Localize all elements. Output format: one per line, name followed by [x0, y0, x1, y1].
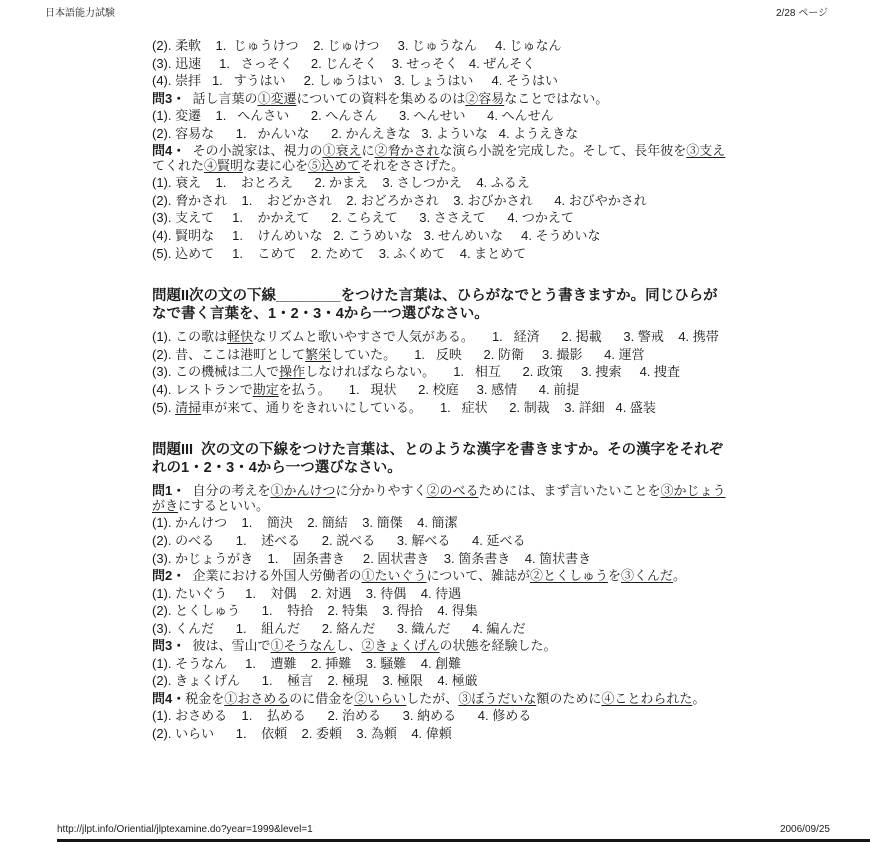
- answer-options-line: (2). きょくげん 1. 極言 2. 極現 3. 極限 4. 極厳: [152, 674, 726, 689]
- underlined-term: ②容易: [465, 91, 504, 106]
- text-segment: 税金を: [185, 691, 224, 706]
- answer-options-line: (4). レストランで勘定を払う。 1. 現状 2. 校庭 3. 感情 4. 前…: [152, 383, 726, 398]
- underlined-term: ①そうなん: [270, 638, 335, 653]
- text-segment: (2). とくしゅう 1. 特拾 2. 特集 3. 得拾 4. 得集: [152, 603, 478, 618]
- document-title: 日本語能力試験: [45, 4, 115, 19]
- question-number-label: 問3・: [152, 638, 185, 653]
- text-segment: したが、: [406, 691, 458, 706]
- answer-options-line: (4). 崇拝 1. すうはい 2. しゅうはい 3. しょうはい 4. そうは…: [152, 74, 726, 89]
- question-number-label: 問2・: [152, 568, 185, 583]
- underlined-term: 操作: [279, 364, 305, 379]
- page-indicator: 2/28 ページ: [776, 4, 828, 19]
- underlined-term: ②のべる: [427, 483, 479, 498]
- text-segment: (3). かじょうがき 1. 固条書き 2. 固状書き 3. 箇条書き 4. 箇…: [152, 551, 591, 566]
- text-segment: (1). この歌は: [152, 329, 227, 344]
- answer-options-line: (2). 容易な 1. かんいな 2. かんえきな 3. よういな 4. ようえ…: [152, 127, 726, 142]
- page-header: 日本語能力試験 2/28 ページ: [45, 4, 828, 19]
- text-segment: (5). 込めて 1. こめて 2. ためて 3. ふくめて 4. まとめて: [152, 246, 526, 261]
- answer-options-line: (3). くんだ 1. 組んだ 2. 絡んだ 3. 織んだ 4. 編んだ: [152, 622, 726, 637]
- text-segment: 額のために: [536, 691, 601, 706]
- document-body: (2). 柔軟 1. じゅうけつ 2. じゅけつ 3. じゅうなん 4. じゅな…: [152, 39, 726, 745]
- text-segment: (4). レストランで: [152, 382, 253, 397]
- text-segment: していた。 1. 反映 2. 防衛 3. 撮影 4. 運営: [331, 347, 645, 362]
- text-segment: (1). 衰え 1. おとろえ 2. かまえ 3. さしつかえ 4. ふるえ: [152, 175, 530, 190]
- text-segment: それをささげた。: [360, 158, 464, 173]
- question-number-label: 問4・: [152, 691, 185, 706]
- answer-options-line: (3). 支えて 1. かかえて 2. こらえて 3. ささえて 4. つかえて: [152, 211, 726, 226]
- text-segment: (1). おさめる 1. 払める 2. 治める 3. 納める 4. 修める: [152, 708, 531, 723]
- underlined-term: ③ぼうだいな: [458, 691, 536, 706]
- text-segment: について、雑誌が: [426, 568, 529, 583]
- text-segment: (4). 賢明な 1. けんめいな 2. こうめいな 3. せんめいな 4. そ…: [152, 228, 601, 243]
- underlined-term: ①変遷: [257, 91, 296, 106]
- text-segment: (2). 昔、ここは港町として: [152, 347, 305, 362]
- answer-options-line: (3). かじょうがき 1. 固条書き 2. 固状書き 3. 箇条書き 4. 箇…: [152, 552, 726, 567]
- answer-options-line: (3). この機械は二人で操作しなければならない。 1. 相互 2. 政策 3.…: [152, 365, 726, 380]
- text-segment: 。: [673, 568, 686, 583]
- question-sentence: 問4・ その小説家は、視力の①衰えに②脅かされな演ら小説を完成した。そして、長年…: [152, 144, 726, 173]
- text-segment: その小説家は、視力の: [185, 143, 322, 158]
- text-segment: 問題II次の文の下線: [152, 288, 276, 304]
- text-segment: ________: [276, 288, 341, 304]
- underlined-term: ⑤込めて: [308, 158, 360, 173]
- text-segment: な演ら小説を完成した。そして、長年彼を: [440, 143, 687, 158]
- answer-options-line: (1). たいぐう 1. 対偶 2. 対遇 3. 待偶 4. 待遇: [152, 587, 726, 602]
- text-segment: 。: [692, 691, 705, 706]
- answer-options-line: (1). 衰え 1. おとろえ 2. かまえ 3. さしつかえ 4. ふるえ: [152, 176, 726, 191]
- text-segment: てくれた: [152, 158, 204, 173]
- section-heading: 問題III 次の文の下線をつけた言葉は、とのような漢字を書きますか。その漢字をそ…: [152, 441, 726, 477]
- underlined-term: ②脅かされ: [375, 143, 440, 158]
- answer-options-line: (2). とくしゅう 1. 特拾 2. 特集 3. 得拾 4. 得集: [152, 604, 726, 619]
- text-segment: ためには、まず言いたいことを: [479, 483, 661, 498]
- question-sentence: 問4・税金を①おさめるのに借金を②いらいしたが、③ぼうだいな額のために④ことわら…: [152, 692, 726, 707]
- text-segment: (2). のべる 1. 述べる 2. 説べる 3. 解べる 4. 延べる: [152, 533, 525, 548]
- question-sentence: 問1・ 自分の考えを①かんけつに分かりやすく②のべるためには、まず言いたいことを…: [152, 484, 726, 513]
- underlined-term: 軽快: [227, 329, 253, 344]
- text-segment: (3). くんだ 1. 組んだ 2. 絡んだ 3. 織んだ 4. 編んだ: [152, 621, 525, 636]
- text-segment: (5).: [152, 400, 175, 415]
- underlined-term: 繁栄: [305, 347, 331, 362]
- question-number-label: 問1・: [152, 483, 185, 498]
- text-segment: の状態を経験した。: [440, 638, 557, 653]
- text-segment: し、: [335, 638, 361, 653]
- underlined-term: ①たいぐう: [361, 568, 426, 583]
- answer-options-line: (5). 清掃車が来て、通りをきれいにしている。 1. 症状 2. 制裁 3. …: [152, 401, 726, 416]
- answer-options-line: (2). 脅かされ 1. おどかされ 2. おどろかされ 3. おびかされ 4.…: [152, 194, 726, 209]
- text-segment: 企業における外国人労働者の: [185, 568, 361, 583]
- answer-options-line: (1). かんけつ 1. 簡決 2. 簡結 3. 簡傑 4. 簡潔: [152, 516, 726, 531]
- text-segment: にするといい。: [178, 498, 269, 513]
- underlined-term: ①おさめる: [224, 691, 289, 706]
- section-heading: 問題II次の文の下線________をつけた言葉は、ひらがなでとう書きますか。同…: [152, 287, 726, 323]
- text-segment: を払う。 1. 現状 2. 校庭 3. 感情 4. 前提: [279, 382, 580, 397]
- answer-options-line: (1). そうなん 1. 遭難 2. 挿難 3. 騒難 4. 創難: [152, 657, 726, 672]
- text-segment: (3). この機械は二人で: [152, 364, 279, 379]
- answer-options-line: (1). 変遷 1. へんさい 2. へんさん 3. へんせい 4. へんせん: [152, 109, 726, 124]
- text-segment: を: [608, 568, 621, 583]
- text-segment: なことではない。: [504, 91, 608, 106]
- underlined-term: ②とくしゅう: [530, 568, 608, 583]
- text-segment: (2). きょくげん 1. 極言 2. 極現 3. 極限 4. 極厳: [152, 673, 478, 688]
- underlined-term: ③くんだ: [621, 568, 673, 583]
- answer-options-line: (2). 柔軟 1. じゅうけつ 2. じゅけつ 3. じゅうなん 4. じゅな…: [152, 39, 726, 54]
- text-segment: 彼は、雪山で: [185, 638, 270, 653]
- underlined-term: ②いらい: [354, 691, 406, 706]
- text-segment: 問題III 次の文の下線をつけた言葉は、とのような漢字を書きますか。その漢字をそ…: [152, 442, 723, 476]
- underlined-term: ④ことわられた: [601, 691, 692, 706]
- answer-options-line: (5). 込めて 1. こめて 2. ためて 3. ふくめて 4. まとめて: [152, 247, 726, 262]
- underlined-term: ①かんけつ: [270, 483, 335, 498]
- underlined-term: 清掃: [175, 400, 201, 415]
- text-segment: 話し言葉の: [185, 91, 257, 106]
- text-segment: 車が来て、通りをきれいにしている。 1. 症状 2. 制裁 3. 詳細 4. 盛…: [201, 400, 656, 415]
- text-segment: (3). 支えて 1. かかえて 2. こらえて 3. ささえて 4. つかえて: [152, 210, 574, 225]
- answer-options-line: (3). 迅速 1. さっそく 2. じんそく 3. せっそく 4. ぜんそく: [152, 57, 726, 72]
- text-segment: (1). そうなん 1. 遭難 2. 挿難 3. 騒難 4. 創難: [152, 656, 461, 671]
- question-sentence: 問3・ 話し言葉の①変遷についての資料を集めるのは②容易なことではない。: [152, 92, 726, 107]
- answer-options-line: (2). のべる 1. 述べる 2. 説べる 3. 解べる 4. 延べる: [152, 534, 726, 549]
- text-segment: (2). 容易な 1. かんいな 2. かんえきな 3. よういな 4. ようえ…: [152, 126, 578, 141]
- answer-options-line: (1). この歌は軽快なリズムと歌いやすさで人気がある。 1. 経済 2. 掲載…: [152, 330, 726, 345]
- text-segment: (1). たいぐう 1. 対偶 2. 対遇 3. 待偶 4. 待遇: [152, 586, 461, 601]
- footer-date: 2006/09/25: [780, 824, 830, 835]
- underlined-term: ④賢明: [204, 158, 243, 173]
- text-segment: な妻に心を: [243, 158, 308, 173]
- answer-options-line: (2). いらい 1. 依頼 2. 委頼 3. 為頼 4. 偉頼: [152, 727, 726, 742]
- text-segment: のに借金を: [289, 691, 354, 706]
- print-preview-page: { "page": { "header": { "title": "日本語能力試…: [0, 0, 870, 842]
- underlined-term: ②きょくげん: [362, 638, 440, 653]
- text-segment: しなければならない。 1. 相互 2. 政策 3. 捜索 4. 捜査: [305, 364, 680, 379]
- text-segment: 自分の考えを: [185, 483, 270, 498]
- text-segment: に: [361, 143, 374, 158]
- text-segment: (2). 柔軟 1. じゅうけつ 2. じゅけつ 3. じゅうなん 4. じゅな…: [152, 38, 562, 53]
- question-sentence: 問3・ 彼は、雪山で①そうなんし、②きょくげんの状態を経験した。: [152, 639, 726, 654]
- text-segment: に分かりやすく: [335, 483, 426, 498]
- answer-options-line: (2). 昔、ここは港町として繁栄していた。 1. 反映 2. 防衛 3. 撮影…: [152, 348, 726, 363]
- underlined-term: 勘定: [253, 382, 279, 397]
- question-sentence: 問2・ 企業における外国人労働者の①たいぐうについて、雑誌が②とくしゅうを③くん…: [152, 569, 726, 584]
- page-footer: http://jlpt.info/Oriential/jlptexamine.d…: [57, 824, 830, 835]
- text-segment: についての資料を集めるのは: [296, 91, 465, 106]
- text-segment: (2). 脅かされ 1. おどかされ 2. おどろかされ 3. おびかされ 4.…: [152, 193, 647, 208]
- question-number-label: 問3・: [152, 91, 185, 106]
- underlined-term: ③支え: [686, 143, 725, 158]
- question-number-label: 問4・: [152, 143, 185, 158]
- text-segment: (1). かんけつ 1. 簡決 2. 簡結 3. 簡傑 4. 簡潔: [152, 515, 458, 530]
- text-segment: なリズムと歌いやすさで人気がある。 1. 経済 2. 掲載 3. 警戒 4. 携…: [253, 329, 719, 344]
- text-segment: (1). 変遷 1. へんさい 2. へんさん 3. へんせい 4. へんせん: [152, 108, 554, 123]
- underlined-term: ①衰え: [322, 143, 361, 158]
- answer-options-line: (1). おさめる 1. 払める 2. 治める 3. 納める 4. 修める: [152, 709, 726, 724]
- text-segment: (4). 崇拝 1. すうはい 2. しゅうはい 3. しょうはい 4. そうは…: [152, 73, 558, 88]
- text-segment: (2). いらい 1. 依頼 2. 委頼 3. 為頼 4. 偉頼: [152, 726, 452, 741]
- footer-url: http://jlpt.info/Oriential/jlptexamine.d…: [57, 824, 313, 835]
- answer-options-line: (4). 賢明な 1. けんめいな 2. こうめいな 3. せんめいな 4. そ…: [152, 229, 726, 244]
- text-segment: (3). 迅速 1. さっそく 2. じんそく 3. せっそく 4. ぜんそく: [152, 56, 535, 71]
